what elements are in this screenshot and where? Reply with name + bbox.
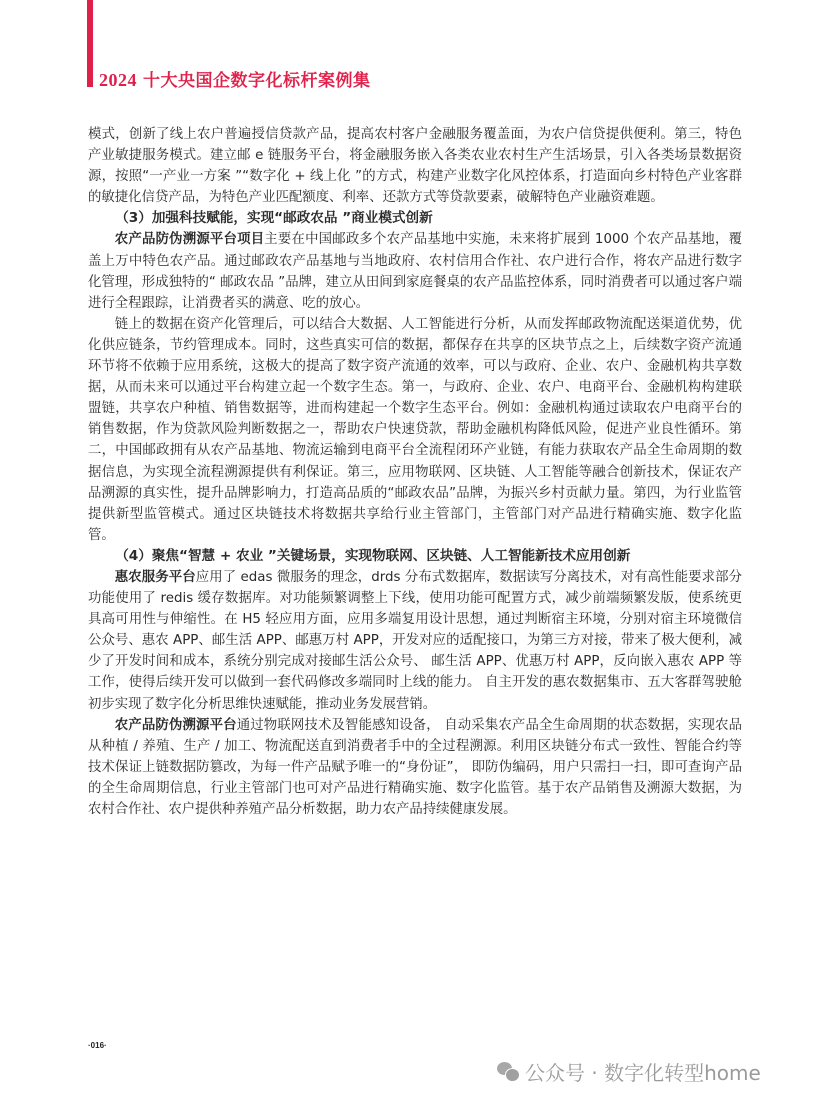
paragraph-2: 农产品防伪溯源平台项目主要在中国邮政多个农产品基地中实施，未来将扩展到 1000… bbox=[88, 229, 742, 313]
header-title-text: 十大央国企数字化标杆案例集 bbox=[143, 71, 371, 91]
paragraph-4: 惠农服务平台应用了 edas 微服务的理念，drds 分布式数据库，数据读写分离… bbox=[88, 567, 742, 715]
paragraph-4-lead: 惠农服务平台 bbox=[115, 570, 196, 585]
paragraph-3: 链上的数据在资产化管理后，可以结合大数据、人工智能进行分析，从而发挥邮政物流配送… bbox=[88, 314, 742, 546]
section-heading-3: （3）加强科技赋能，实现“邮政农品 ”商业模式创新 bbox=[88, 208, 742, 229]
paragraph-5-lead: 农产品防伪溯源平台 bbox=[115, 718, 237, 733]
document-body: 模式，创新了线上农户普遍授信贷款产品，提高农村客户金融服务覆盖面，为农户信贷提供… bbox=[88, 124, 742, 820]
header-accent-bar bbox=[87, 0, 93, 87]
header-year: 2024 bbox=[99, 70, 137, 90]
paragraph-1: 模式，创新了线上农户普遍授信贷款产品，提高农村客户金融服务覆盖面，为农户信贷提供… bbox=[88, 124, 742, 208]
watermark: 公众号 · 数字化转型home bbox=[497, 1057, 761, 1086]
page-number: ·016· bbox=[88, 1041, 107, 1050]
wechat-icon bbox=[497, 1062, 519, 1082]
watermark-text: 公众号 · 数字化转型home bbox=[525, 1057, 761, 1086]
paragraph-5: 农产品防伪溯源平台通过物联网技术及智能感知设备， 自动采集农产品全生命周期的状态… bbox=[88, 715, 742, 820]
paragraph-4-text: 应用了 edas 微服务的理念，drds 分布式数据库，数据读写分离技术，对有高… bbox=[88, 570, 742, 712]
paragraph-2-lead: 农产品防伪溯源平台项目 bbox=[115, 232, 265, 247]
section-heading-4: （4）聚焦“智慧 + 农业 ”关键场景，实现物联网、区块链、人工智能新技术应用创… bbox=[88, 546, 742, 567]
page-header-title: 2024十大央国企数字化标杆案例集 bbox=[99, 66, 371, 91]
